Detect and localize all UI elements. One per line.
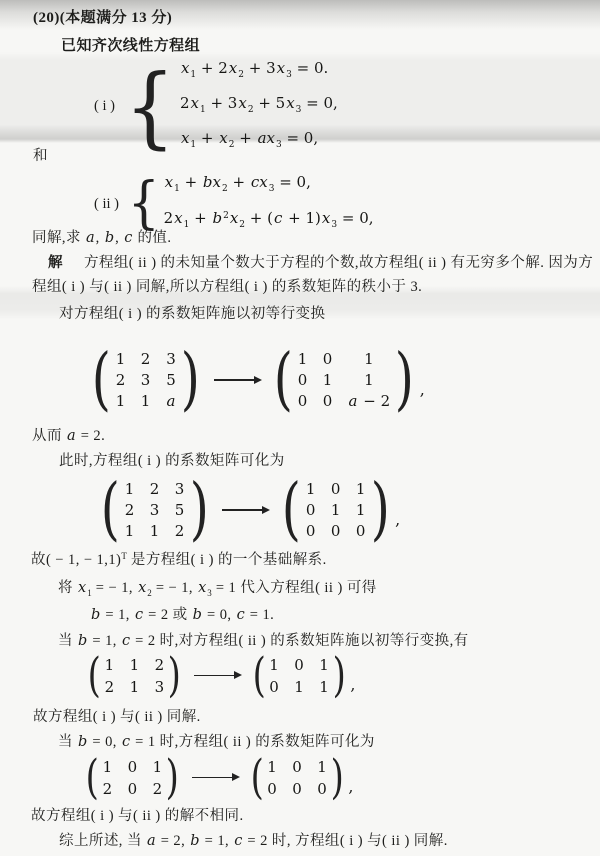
arrow-icon [214, 379, 260, 381]
scanned-math-solution-page: (20)(本题满分 13 分) 已知齐次线性方程组 ( i ) { x1 + 2… [0, 0, 600, 856]
intro-text: 已知齐次线性方程组 [61, 34, 200, 55]
question-text: 同解,求 a, b, c 的值. [32, 226, 171, 247]
left-brace-icon: { [128, 176, 160, 232]
left-brace-icon: { [125, 63, 175, 151]
matrix-transformation-1: ( 12323511a ) ( 10101100a − 2 ) , [88, 346, 425, 414]
equation: x1 + bx2 + cx3 = 0, [164, 169, 374, 203]
right-paren-icon: ) [168, 652, 181, 699]
matrix-right: 10101100a − 2 [298, 351, 391, 409]
matrix-right: 101011000 [306, 481, 366, 539]
equation-system-1: ( i ) { x1 + 2x2 + 3x3 = 0. 2x1 + 3x2 + … [94, 54, 338, 159]
case-2-result-text: 故方程组( i ) 与( ii ) 的解不相同. [31, 804, 244, 825]
matrix-transformation-2: ( 123235112 ) ( 101011000 ) , [97, 476, 400, 544]
matrix-transformation-3: ( 112213 ) ( 101011 ) , [85, 652, 355, 699]
solution-text: 方程组( ii ) 的未知量个数大于方程的个数,故方程组( ii ) 有无穷多个… [84, 255, 593, 271]
right-paren-icon: ) [181, 346, 200, 414]
left-paren-icon: ( [88, 652, 101, 699]
solution-label: 解 [48, 255, 63, 271]
final-conclusion-text: 综上所述, 当 a = 2, b = 1, c = 2 时, 方程组( i ) … [59, 829, 448, 850]
system-2-equations: x1 + bx2 + cx3 = 0, 2x1 + b2x2 + (c + 1)… [164, 169, 374, 239]
right-paren-icon: ) [166, 754, 179, 801]
comma: , [420, 380, 425, 399]
matrix-transformation-4: ( 101202 ) ( 101000 ) , [83, 754, 353, 801]
system-1-equations: x1 + 2x2 + 3x3 = 0. 2x1 + 3x2 + 5x3 = 0,… [180, 54, 338, 159]
left-paren-icon: ( [86, 754, 99, 801]
matrix-right: 101000 [267, 759, 327, 797]
left-paren-icon: ( [252, 652, 265, 699]
substitution-text: 将 x1 = − 1, x2 = − 1, x3 = 1 代入方程组( ii )… [58, 576, 377, 598]
comma: , [395, 510, 400, 529]
left-paren-icon: ( [250, 754, 263, 801]
system-2-label: ( ii ) [94, 196, 119, 213]
equation: 2x1 + b2x2 + (c + 1)x3 = 0, [164, 203, 374, 239]
row-operation-text: 对方程组( i ) 的系数矩阵施以初等行变换 [59, 302, 325, 323]
system-1-label: ( i ) [94, 98, 115, 115]
comma: , [348, 777, 353, 796]
left-paren-icon: ( [92, 346, 111, 414]
left-paren-icon: ( [101, 476, 120, 544]
basis-solution-text: 故( − 1, − 1,1)T 是方程组( i ) 的一个基础解系. [31, 548, 327, 569]
right-paren-icon: ) [395, 346, 414, 414]
matrix-left: 12323511a [116, 351, 177, 409]
arrow-icon [192, 777, 238, 779]
bc-values-text: b = 1, c = 2 或 b = 0, c = 1. [90, 603, 274, 624]
case-2-text: 当 b = 0, c = 1 时,方程组( ii ) 的系数矩阵可化为 [58, 730, 375, 751]
conclusion-a-text: 从而 a = 2. [32, 424, 105, 445]
and-connector: 和 [33, 144, 48, 165]
matrix-left: 123235112 [125, 481, 185, 539]
case-1-text: 当 b = 1, c = 2 时,对方程组( ii ) 的系数矩阵施以初等行变换… [58, 629, 469, 650]
equation: x1 + x2 + ax3 = 0, [180, 124, 338, 159]
right-paren-icon: ) [331, 754, 344, 801]
right-paren-icon: ) [370, 476, 389, 544]
case-1-result-text: 故方程组( i ) 与( ii ) 同解. [33, 705, 201, 726]
matrix-right: 101011 [269, 657, 329, 695]
problem-header: (20)(本题满分 13 分) [33, 6, 172, 27]
solution-paragraph-line-1: 解方程组( ii ) 的未知量个数大于方程的个数,故方程组( ii ) 有无穷多… [48, 251, 593, 272]
right-paren-icon: ) [189, 476, 208, 544]
right-paren-icon: ) [333, 652, 346, 699]
reduction-intro-text: 此时,方程组( i ) 的系数矩阵可化为 [59, 449, 285, 470]
arrow-icon [194, 675, 240, 677]
left-paren-icon: ( [282, 476, 301, 544]
equation: x1 + 2x2 + 3x3 = 0. [180, 54, 338, 89]
solution-paragraph-line-2: 程组( i ) 与( ii ) 同解,所以方程组( i ) 的系数矩阵的秩小于 … [32, 275, 422, 296]
matrix-left: 112213 [104, 657, 164, 695]
arrow-icon [222, 509, 268, 511]
matrix-left: 101202 [102, 759, 162, 797]
equation: 2x1 + 3x2 + 5x3 = 0, [180, 89, 338, 124]
comma: , [350, 675, 355, 694]
left-paren-icon: ( [274, 346, 293, 414]
